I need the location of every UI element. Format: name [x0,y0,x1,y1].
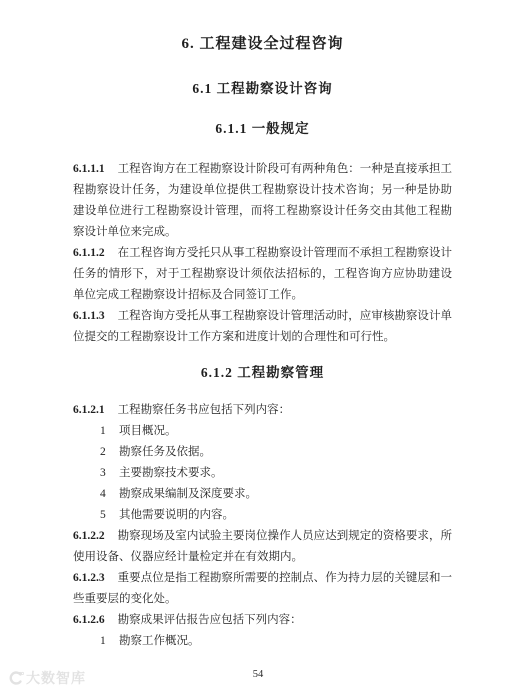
report-content-list: 1勘察工作概况。 [73,631,452,652]
clause-number: 6.1.1.3 [73,310,105,322]
clause-text: 工程咨询方受托从事工程勘察设计管理活动时，应审核勘察设计单位提交的工程勘察设计工… [73,310,452,343]
clause-text: 重要点位是指工程勘察所需要的控制点、作为持力层的关键层和一些重要层的变化处。 [73,572,452,605]
clause-6-1-2-1: 6.1.2.1工程勘察任务书应包括下列内容： [73,400,452,421]
watermark: 大数智库 [8,668,86,688]
list-item-text: 主要勘察技术要求。 [119,467,223,479]
clause-number: 6.1.2.3 [73,572,105,584]
clause-text: 工程勘察任务书应包括下列内容： [118,404,291,416]
list-item: 3主要勘察技术要求。 [73,463,452,484]
list-item: 5其他需要说明的内容。 [73,505,452,526]
clause-6-1-2-2: 6.1.2.2勘察现场及室内试验主要岗位操作人员应达到规定的资格要求，所使用设备… [73,526,452,568]
list-item-text: 勘察工作概况。 [119,635,200,647]
list-item-number: 3 [100,463,107,484]
list-item-number: 5 [100,505,107,526]
chapter-heading: 6. 工程建设全过程咨询 [73,34,452,54]
clause-text: 勘察现场及室内试验主要岗位操作人员应达到规定的资格要求，所使用设备、仪器应经计量… [73,530,452,563]
clause-number: 6.1.2.1 [73,404,105,416]
clause-6-1-1-1: 6.1.1.1工程咨询方在工程勘察设计阶段可有两种角色：一种是直接承担工程勘察设… [73,159,452,243]
list-item-text: 勘察成果编制及深度要求。 [119,488,257,500]
clause-number: 6.1.1.2 [73,247,105,259]
list-item: 1项目概况。 [73,421,452,442]
list-item-number: 1 [100,631,107,652]
task-content-list: 1项目概况。 2勘察任务及依据。 3主要勘察技术要求。 4勘察成果编制及深度要求… [73,421,452,526]
document-page: 6. 工程建设全过程咨询 6.1 工程勘察设计咨询 6.1.1 一般规定 6.1… [0,0,530,693]
clause-text: 工程咨询方在工程勘察设计阶段可有两种角色：一种是直接承担工程勘察设计任务，为建设… [73,163,452,238]
list-item-text: 勘察任务及依据。 [119,446,211,458]
clause-6-1-2-6: 6.1.2.6勘察成果评估报告应包括下列内容： [73,610,452,631]
list-item: 2勘察任务及依据。 [73,442,452,463]
clause-number: 6.1.2.6 [73,614,105,626]
section-heading: 6.1 工程勘察设计咨询 [73,80,452,98]
clause-text: 在工程咨询方受托只从事工程勘察设计管理而不承担工程勘察设计任务的情形下，对于工程… [73,247,452,301]
subsection-heading-survey-management: 6.1.2 工程勘察管理 [73,364,452,382]
subsection-heading-general: 6.1.1 一般规定 [73,120,452,138]
clause-6-1-2-3: 6.1.2.3重要点位是指工程勘察所需要的控制点、作为持力层的关键层和一些重要层… [73,568,452,610]
list-item-text: 项目概况。 [119,425,177,437]
clause-6-1-1-2: 6.1.1.2在工程咨询方受托只从事工程勘察设计管理而不承担工程勘察设计任务的情… [73,243,452,306]
list-item-number: 4 [100,484,107,505]
watermark-logo-icon [8,670,24,686]
list-item-number: 2 [100,442,107,463]
list-item: 1勘察工作概况。 [73,631,452,652]
clause-number: 6.1.1.1 [73,163,105,175]
list-item-number: 1 [100,421,107,442]
clause-text: 勘察成果评估报告应包括下列内容： [118,614,302,626]
watermark-text: 大数智库 [26,668,86,688]
clause-number: 6.1.2.2 [73,530,105,542]
list-item: 4勘察成果编制及深度要求。 [73,484,452,505]
clause-6-1-1-3: 6.1.1.3工程咨询方受托从事工程勘察设计管理活动时，应审核勘察设计单位提交的… [73,306,452,348]
list-item-text: 其他需要说明的内容。 [119,509,234,521]
